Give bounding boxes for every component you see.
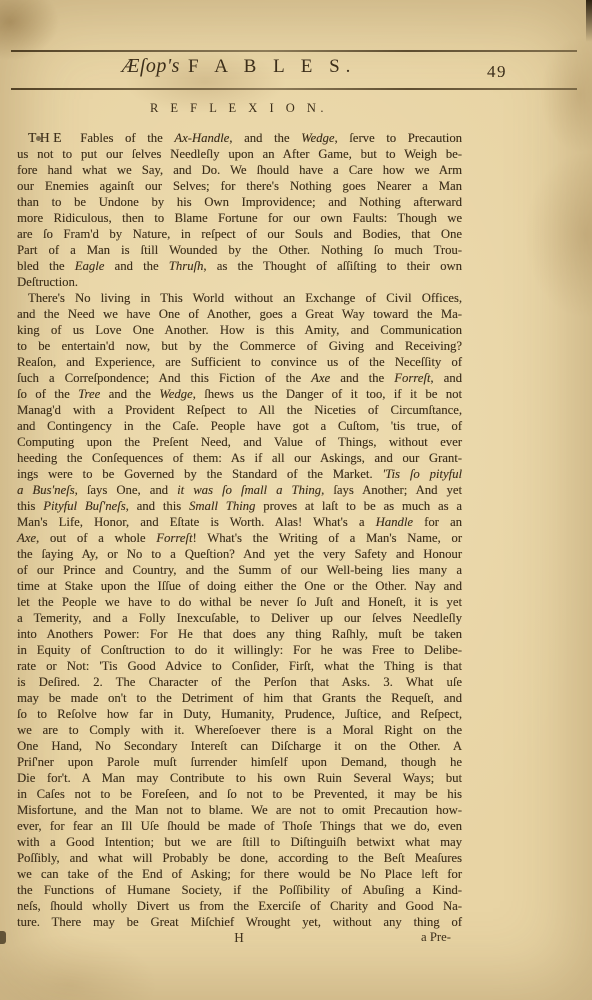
italic-text: Wedge (301, 131, 334, 145)
text-line: more Ridiculous, then to Blame Fortune f… (17, 210, 462, 226)
body-text: Man's Life, Honor, and Eſtate is Worth. … (17, 515, 376, 529)
body-text: , and this (126, 499, 189, 513)
text-line: bled the Eagle and the Thruſh, as the Th… (17, 258, 462, 274)
body-text: , ſays One, and (75, 483, 177, 497)
text-line: Poſſibly, and what will Probably be done… (17, 850, 462, 866)
body-text: , ſerve to Precaution (335, 131, 463, 145)
italic-text: Forreſt (156, 531, 192, 545)
italic-text: Wedge (159, 387, 192, 401)
italic-text: 'Tis ſo pityful (382, 467, 462, 481)
page-edge-stain-bottom-left (0, 931, 6, 944)
body-text: , and the (229, 131, 301, 145)
paragraph: THE Fables of the Ax-Handle, and the Wed… (17, 130, 462, 290)
body-text: ever, for fear an Ill Uſe ſhould be made… (17, 819, 462, 833)
text-line: us not to put our ſelves Needleſly upon … (17, 146, 462, 162)
body-text: and the (100, 387, 159, 401)
text-line: Computing upon the Preſent Need, and Val… (17, 434, 462, 450)
text-line: are ſo Fram'd by Nature, in reſpect of o… (17, 226, 462, 242)
text-line: in Equity of Conſtruction to do it willi… (17, 642, 462, 658)
text-line: is Deſired. 2. The Character of the Perſ… (17, 674, 462, 690)
ink-blot (36, 136, 41, 141)
body-text: with a Good Intention; but we are ſtill … (17, 835, 462, 849)
text-line: king of us Love One Another. How is this… (17, 322, 462, 338)
body-text: , ſhews us the Danger of it too, if it b… (193, 387, 462, 401)
paragraph: There's No living in This World without … (17, 290, 462, 930)
body-text: the ſaying Ay, or No to a Queſtion? And … (17, 547, 462, 561)
text-line: with a Good Intention; but we are ſtill … (17, 834, 462, 850)
body-text: we can take of the End of Asking; for th… (17, 867, 462, 881)
body-text: ture. There may be Great Miſchief Wrough… (17, 915, 462, 929)
body-text: Manag'd with a Provident Reſpect to All … (17, 403, 462, 417)
text-line: than to be Undone by his Own Improvidenc… (17, 194, 462, 210)
text-line: There's No living in This World without … (17, 290, 462, 306)
text-line: let the People we have to do withal be n… (17, 594, 462, 610)
italic-text: a Bus'neſs (17, 483, 75, 497)
text-line: Misfortune, and the Man not to blame. We… (17, 802, 462, 818)
text-line: ſo of the Tree and the Wedge, ſhews us t… (17, 386, 462, 402)
body-text: and the (104, 259, 168, 273)
body-text: into Anothers Power: For He that does an… (17, 627, 462, 641)
italic-text: Ax-Handle (174, 131, 229, 145)
book-title-italic: Æſop's (122, 55, 180, 77)
body-text: There's No living in This World without … (28, 291, 462, 305)
signature-line: H a Pre- (17, 930, 462, 946)
running-header: Æſop'sF A B L E S. (17, 55, 461, 78)
body-text: One Hand, No Secondary Intereſt can Diſc… (17, 739, 462, 753)
page-number: 49 (487, 62, 507, 82)
body-text: proves at laſt to be as much as a (255, 499, 462, 513)
body-text: Poſſibly, and what will Probably be done… (17, 851, 462, 865)
italic-text: Axe (17, 531, 36, 545)
body-text: Deſtruction. (17, 275, 78, 289)
text-line: our Enemies againſt our Selves; for ther… (17, 178, 462, 194)
text-line: this Pityful Buſ'neſs, and this Small Th… (17, 498, 462, 514)
body-text-column: THE Fables of the Ax-Handle, and the Wed… (17, 130, 462, 946)
text-line: the Functions of Humane Society, if the … (17, 882, 462, 898)
text-line: Priſ'ner upon Parole muſt ſurrender himſ… (17, 754, 462, 770)
body-text: of our Prince and Country, and the Summ … (17, 563, 462, 577)
text-line: Part of a Man is ſtill Wounded by the Ot… (17, 242, 462, 258)
header-rule-top (11, 50, 577, 52)
text-line: a Bus'neſs, ſays One, and it was ſo ſmal… (17, 482, 462, 498)
body-text: ! What's the Writing of a Man's Name, or (192, 531, 462, 545)
text-line: Die for't. A Man may Contribute to his o… (17, 770, 462, 786)
body-text: Misfortune, and the Man not to blame. We… (17, 803, 462, 817)
body-text: may be made on't to the Detriment of him… (17, 691, 462, 705)
body-text: king of us Love One Another. How is this… (17, 323, 462, 337)
italic-text: it was ſo ſmall a Thing (177, 483, 321, 497)
text-line: ſuch a Correſpondence; And this Fiction … (17, 370, 462, 386)
body-text: Priſ'ner upon Parole muſt ſurrender himſ… (17, 755, 462, 769)
italic-text: Tree (78, 387, 100, 401)
text-line: time at Stake upon the Iſſue of doing ei… (17, 578, 462, 594)
body-text: and Contingency in the Caſe. People have… (17, 419, 462, 433)
text-line: the ſaying Ay, or No to a Queſtion? And … (17, 546, 462, 562)
text-line: heeding the Conſequences of them: As if … (17, 450, 462, 466)
body-text: let the People we have to do withal be n… (17, 595, 462, 609)
text-line: ings were to be Governed by the Standard… (17, 466, 462, 482)
body-text: time at Stake upon the Iſſue of doing ei… (17, 579, 462, 593)
text-line: and the Need we have One of Another, goe… (17, 306, 462, 322)
body-text: than to be Undone by his Own Improvidenc… (17, 195, 462, 209)
book-page: Æſop'sF A B L E S. 49 R E F L E X I O N.… (0, 0, 592, 1000)
text-line: ture. There may be Great Miſchief Wrough… (17, 914, 462, 930)
text-line: ſo to Reſolve how far in Duty, Humanity,… (17, 706, 462, 722)
body-text: we are to Comply with it. Whereſoever th… (17, 723, 462, 737)
body-text: our Enemies againſt our Selves; for ther… (17, 179, 462, 193)
body-text: rate or Not: 'Tis Good Advice to Conſide… (17, 659, 462, 673)
text-line: into Anothers Power: For He that does an… (17, 626, 462, 642)
text-line: Man's Life, Honor, and Eſtate is Worth. … (17, 514, 462, 530)
body-text: Fables of the (80, 131, 174, 145)
body-text: us not to put our ſelves Needleſly upon … (17, 147, 462, 161)
text-line: Deſtruction. (17, 274, 462, 290)
body-text: more Ridiculous, then to Blame Fortune f… (17, 211, 462, 225)
text-line: we can take of the End of Asking; for th… (17, 866, 462, 882)
text-line: Manag'd with a Provident Reſpect to All … (17, 402, 462, 418)
italic-text: Pityful Buſ'neſs (43, 499, 125, 513)
signature-mark: H (234, 930, 244, 946)
body-text: fore hand what we Say, and Do. We ſhould… (17, 163, 462, 177)
body-text: and the Need we have One of Another, goe… (17, 307, 462, 321)
text-line: ever, for fear an Ill Uſe ſhould be made… (17, 818, 462, 834)
italic-text: Axe (311, 371, 330, 385)
book-title-caps: F A B L E S. (188, 56, 356, 77)
text-line: Reaſon, and Experience, are Sufficient t… (17, 354, 462, 370)
body-text: Reaſon, and Experience, are Sufficient t… (17, 355, 462, 369)
body-text: neſs, ſhould wholly Divert us from the E… (17, 899, 462, 913)
body-text: , as the Thought of aſſiſting to their o… (203, 259, 462, 273)
italic-text: Eagle (75, 259, 105, 273)
body-text: heeding the Conſequences of them: As if … (17, 451, 462, 465)
body-text: ings were to be Governed by the Standard… (17, 467, 382, 481)
text-line: a Temerity, and a Folly Inexcuſable, to … (17, 610, 462, 626)
paragraphs: THE Fables of the Ax-Handle, and the Wed… (17, 130, 462, 930)
body-text: , and (430, 371, 462, 385)
body-text: in Equity of Conſtruction to do it willi… (17, 643, 462, 657)
text-line: may be made on't to the Detriment of him… (17, 690, 462, 706)
text-line: THE Fables of the Ax-Handle, and the Wed… (17, 130, 462, 146)
body-text: bled the (17, 259, 75, 273)
body-text: for an (413, 515, 462, 529)
text-line: neſs, ſhould wholly Divert us from the E… (17, 898, 462, 914)
italic-text: Thruſh (169, 259, 204, 273)
body-text: , out of a whole (36, 531, 156, 545)
body-text: ſuch a Correſpondence; And this Fiction … (17, 371, 311, 385)
text-line: One Hand, No Secondary Intereſt can Diſc… (17, 738, 462, 754)
section-heading: R E F L E X I O N. (17, 101, 461, 116)
body-text: a Temerity, and a Folly Inexcuſable, to … (17, 611, 462, 625)
page-edge-stain-top-right (586, 0, 592, 42)
body-text: Part of a Man is ſtill Wounded by the Ot… (17, 243, 462, 257)
body-text: ſo to Reſolve how far in Duty, Humanity,… (17, 707, 462, 721)
body-text: to be entertain'd now, but by the Commer… (17, 339, 462, 353)
text-line: in Caſes not to be Foreſeen, and ſo not … (17, 786, 462, 802)
text-line: we are to Comply with it. Whereſoever th… (17, 722, 462, 738)
header-rule-bottom (11, 88, 577, 90)
body-text: is Deſired. 2. The Character of the Perſ… (17, 675, 462, 689)
body-text: , ſays Another; And yet (321, 483, 462, 497)
italic-text: Forreſt (394, 371, 430, 385)
body-text: and the (330, 371, 394, 385)
text-line: fore hand what we Say, and Do. We ſhould… (17, 162, 462, 178)
text-line: Axe, out of a whole Forreſt! What's the … (17, 530, 462, 546)
italic-text: Handle (376, 515, 413, 529)
body-text: Computing upon the Preſent Need, and Val… (17, 435, 462, 449)
italic-text: Small Thing (189, 499, 255, 513)
text-line: of our Prince and Country, and the Summ … (17, 562, 462, 578)
text-line: rate or Not: 'Tis Good Advice to Conſide… (17, 658, 462, 674)
body-text: in Caſes not to be Foreſeen, and ſo not … (17, 787, 462, 801)
catchword: a Pre- (421, 930, 451, 945)
body-text: are ſo Fram'd by Nature, in reſpect of o… (17, 227, 462, 241)
body-text: ſo of the (17, 387, 78, 401)
body-text: the Functions of Humane Society, if the … (17, 883, 462, 897)
text-line: and Contingency in the Caſe. People have… (17, 418, 462, 434)
body-text: Die for't. A Man may Contribute to his o… (17, 771, 462, 785)
body-text: this (17, 499, 43, 513)
text-line: to be entertain'd now, but by the Commer… (17, 338, 462, 354)
